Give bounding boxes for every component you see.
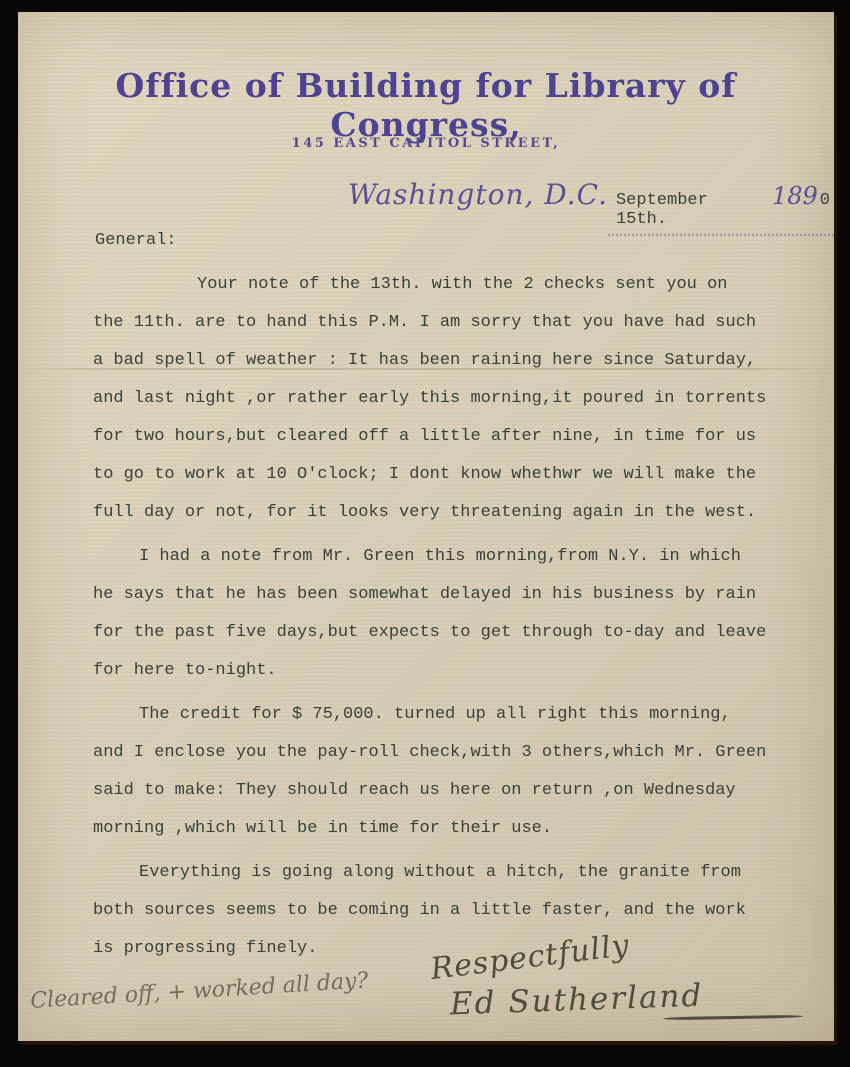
letter-line: morning ,which will be in time for their…	[93, 810, 809, 848]
typed-year-digit: 0	[820, 191, 830, 210]
letterhead-title: Office of Building for Library of Congre…	[18, 66, 834, 144]
letter-line: Your note of the 13th. with the 2 checks…	[93, 266, 809, 304]
dateline: Washington, D.C. September 15th. 189 0	[348, 178, 834, 224]
letter-line: said to make: They should reach us here …	[93, 772, 809, 810]
letter-line: Everything is going along without a hitc…	[93, 854, 809, 892]
pencil-annotation: Cleared off, + worked all day?	[30, 965, 421, 1014]
letter-line: to go to work at 10 O'clock; I dont know…	[93, 456, 809, 494]
letter-line: he says that he has been somewhat delaye…	[93, 576, 809, 614]
letter-line: for two hours,but cleared off a little a…	[93, 418, 809, 456]
letter-body: Your note of the 13th. with the 2 checks…	[93, 266, 809, 968]
letter-line: the 11th. are to hand this P.M. I am sor…	[93, 304, 809, 342]
letter-line: a bad spell of weather : It has been rai…	[93, 342, 809, 380]
letterhead-address: 145 EAST CAPITOL STREET,	[18, 136, 834, 151]
letterhead-city-script: Washington, D.C.	[348, 178, 608, 211]
letter-line: and I enclose you the pay-roll check,wit…	[93, 734, 809, 772]
letter-line: The credit for $ 75,000. turned up all r…	[93, 696, 809, 734]
letter-line: full day or not, for it looks very threa…	[93, 494, 809, 532]
letter-paper: Office of Building for Library of Congre…	[18, 12, 834, 1041]
letter-line: for here to-night.	[93, 652, 809, 690]
printed-year-prefix: 189	[772, 182, 818, 210]
date-fill-in: September 15th. 189 0	[608, 182, 834, 236]
typed-date: September 15th.	[616, 191, 764, 229]
salutation: General:	[95, 231, 177, 250]
signature-script: Ed Sutherland	[449, 978, 703, 1023]
letter-line: and last night ,or rather early this mor…	[93, 380, 809, 418]
letter-line: for the past five days,but expects to ge…	[93, 614, 809, 652]
signature-flourish	[663, 1015, 803, 1020]
letter-line: I had a note from Mr. Green this morning…	[93, 538, 809, 576]
letter-line: both sources seems to be coming in a lit…	[93, 892, 809, 930]
